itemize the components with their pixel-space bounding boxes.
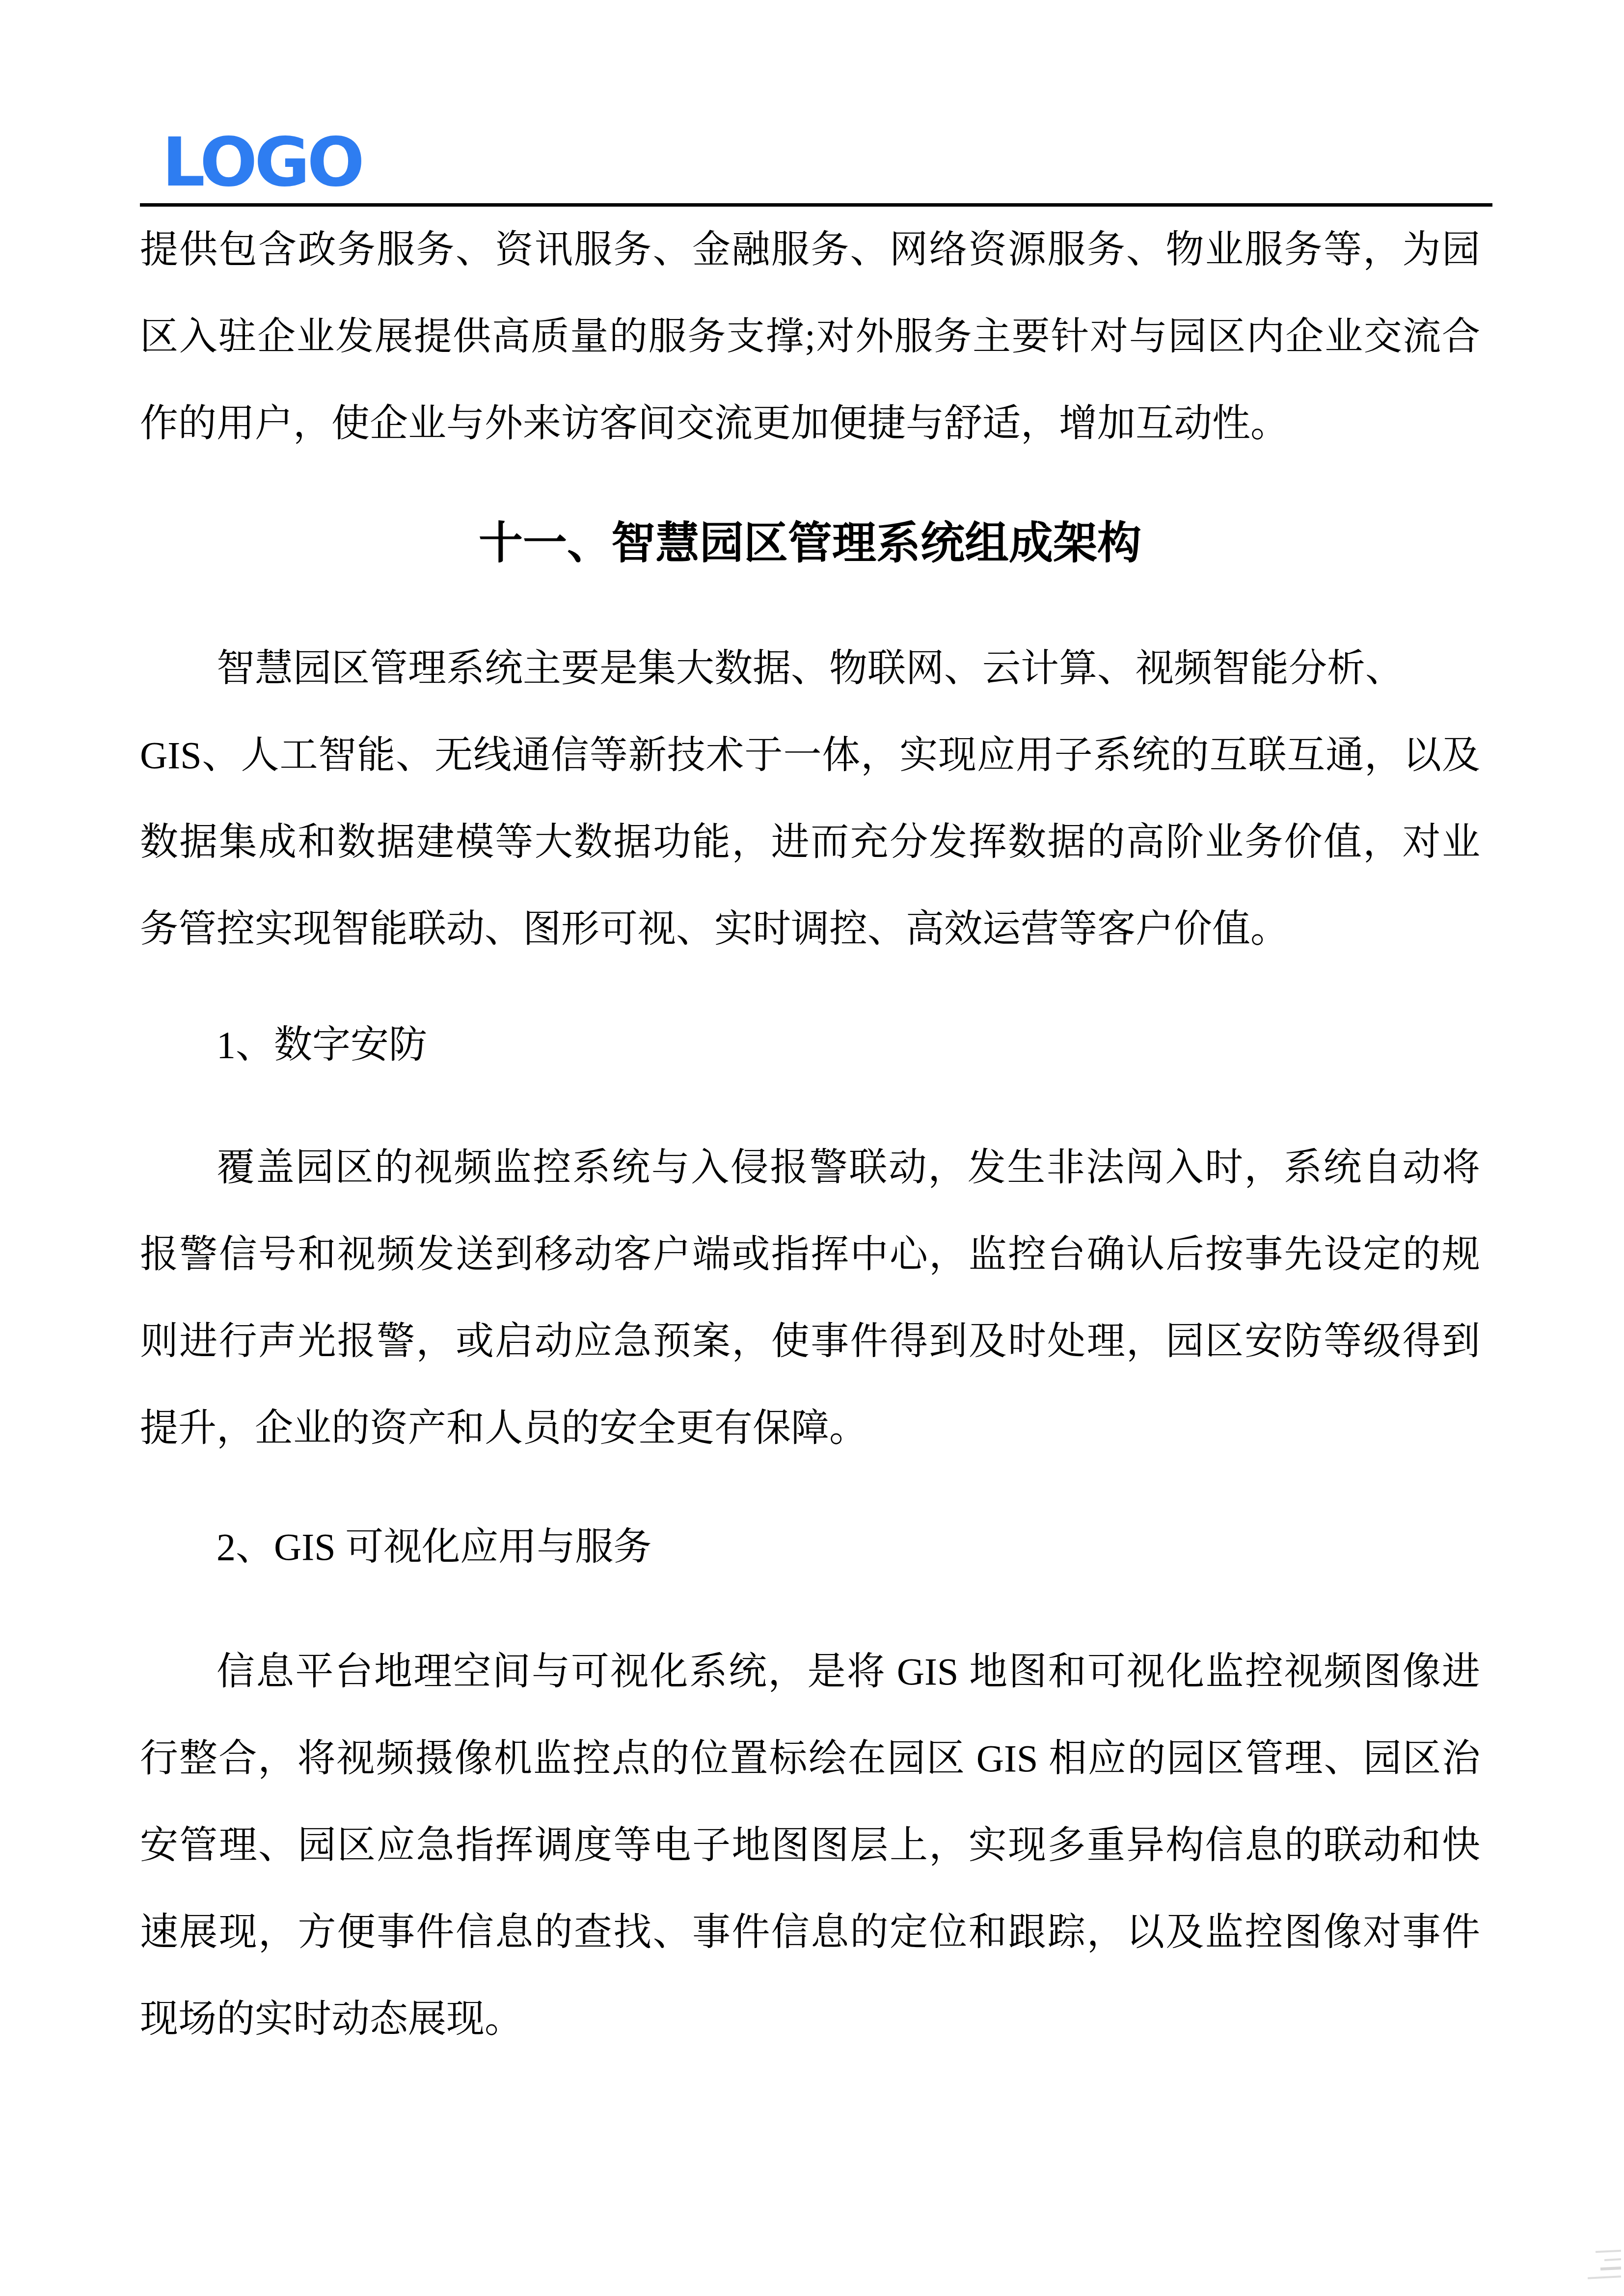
paragraph-intro: 提供包含政务服务、资讯服务、金融服务、网络资源服务、物业服务等，为园 区入驻企业…	[140, 206, 1480, 467]
paragraph-gis: 信息平台地理空间与可视化系统，是将 GIS 地图和可视化监控视频图像进 行整合，…	[140, 1628, 1480, 2062]
document-page: LOGO 提供包含政务服务、资讯服务、金融服务、网络资源服务、物业服务等，为园 …	[0, 0, 1624, 2296]
text-line: 信息平台地理空间与可视化系统，是将 GIS 地图和可视化监控视频图像进	[140, 1628, 1480, 1715]
company-logo: LOGO	[162, 129, 362, 196]
text-line: 作的用户，使企业与外来访客间交流更加便捷与舒适，增加互动性。	[140, 380, 1480, 467]
text-line: 务管控实现智能联动、图形可视、实时调控、高效运营等客户价值。	[140, 885, 1480, 972]
text-line: 提供包含政务服务、资讯服务、金融服务、网络资源服务、物业服务等，为园	[140, 206, 1480, 293]
text-line: 覆盖园区的视频监控系统与入侵报警联动，发生非法闯入时，系统自动将	[140, 1124, 1480, 1211]
text-line: 报警信号和视频发送到移动客户端或指挥中心，监控台确认后按事先设定的规	[140, 1211, 1480, 1298]
text-line: 提升，企业的资产和人员的安全更有保障。	[140, 1385, 1480, 1471]
text-line: 现场的实时动态展现。	[140, 1976, 1480, 2062]
text-line: 则进行声光报警，或启动应急预案，使事件得到及时处理，园区安防等级得到	[140, 1298, 1480, 1385]
text-line: GIS、人工智能、无线通信等新技术于一体，实现应用子系统的互联互通，以及	[140, 712, 1480, 799]
text-line: 区入驻企业发展提供高质量的服务支撑;对外服务主要针对与园区内企业交流合	[140, 293, 1480, 380]
text-line: 智慧园区管理系统主要是集大数据、物联网、云计算、视频智能分析、	[140, 625, 1480, 712]
text-line: 安管理、园区应急指挥调度等电子地图图层上，实现多重异构信息的联动和快	[140, 1802, 1480, 1889]
paragraph-digital-security: 覆盖园区的视频监控系统与入侵报警联动，发生非法闯入时，系统自动将 报警信号和视频…	[140, 1124, 1480, 1471]
text-line: 速展现，方便事件信息的查找、事件信息的定位和跟踪，以及监控图像对事件	[140, 1889, 1480, 1976]
subsection-heading-gis: 2、GIS 可视化应用与服务	[140, 1503, 1480, 1590]
subsection-heading-digital-security: 1、数字安防	[140, 1001, 1480, 1088]
section-heading: 十一、智慧园区管理系统组成架构	[140, 500, 1480, 587]
text-line: 数据集成和数据建模等大数据功能，进而充分发挥数据的高阶业务价值，对业	[140, 799, 1480, 885]
paragraph-overview: 智慧园区管理系统主要是集大数据、物联网、云计算、视频智能分析、 GIS、人工智能…	[140, 625, 1480, 972]
text-line: 行整合，将视频摄像机监控点的位置标绘在园区 GIS 相应的园区管理、园区治	[140, 1715, 1480, 1802]
document-body: 提供包含政务服务、资讯服务、金融服务、网络资源服务、物业服务等，为园 区入驻企业…	[140, 206, 1480, 2062]
corner-scan-artifact	[1586, 2244, 1621, 2278]
